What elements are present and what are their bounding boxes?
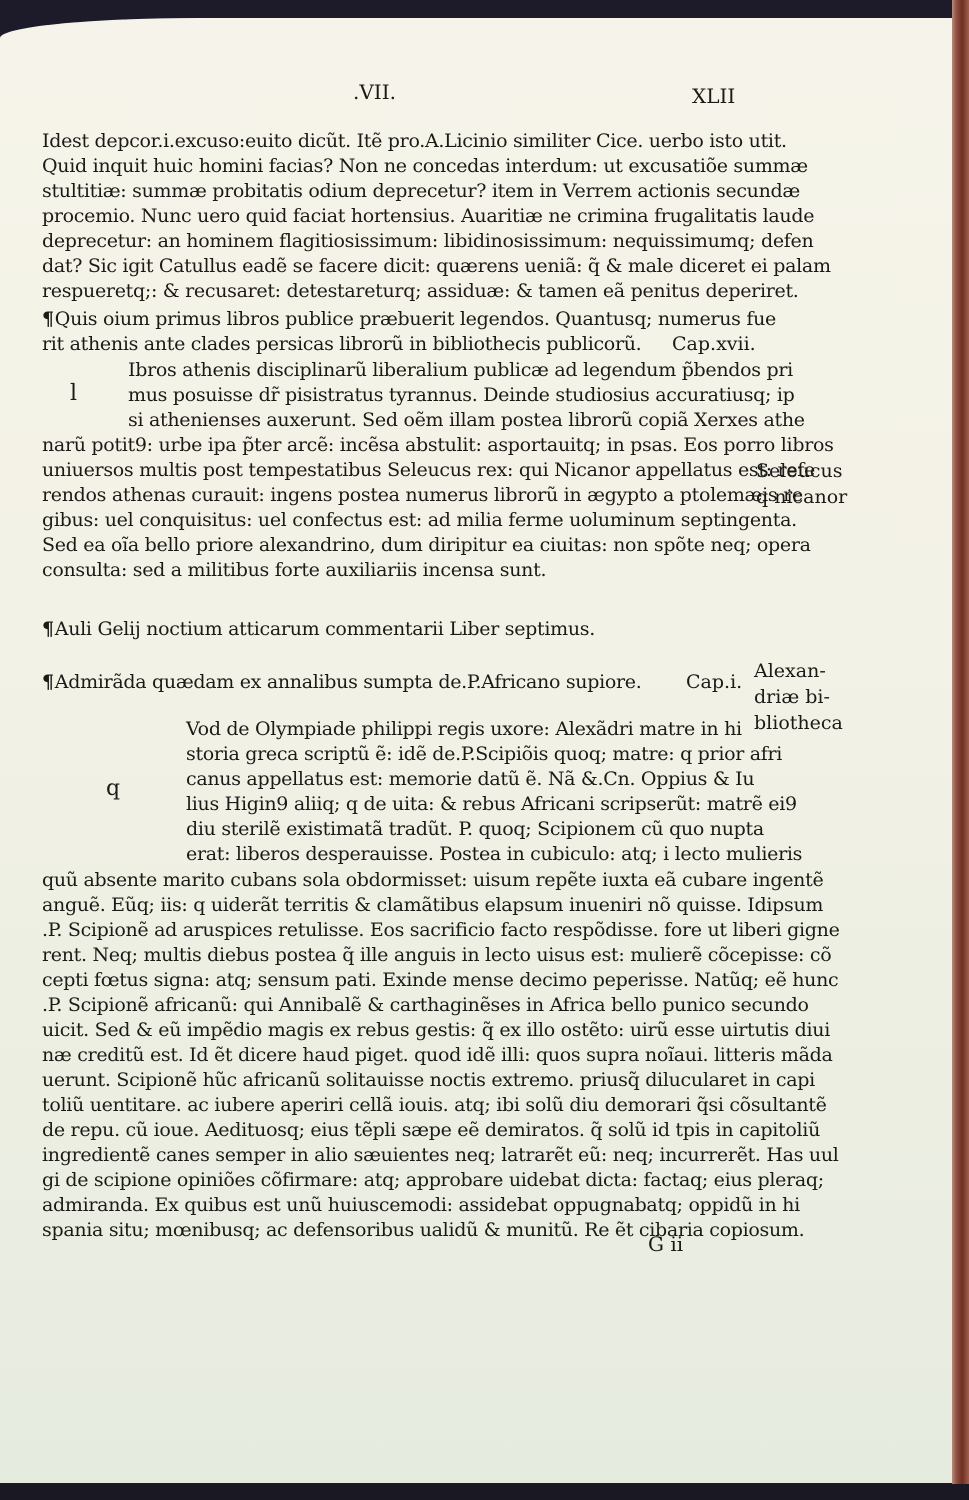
text-line: uniuersos multis post tempestatibus Sele… [42,459,815,481]
text-line: uicit. Sed & eũ impẽdio magis ex rebus g… [42,1019,830,1041]
text-line: consulta: sed a militibus forte auxiliar… [42,559,546,581]
text-line: gi de scipione opiniões cõfirmare: atq; … [42,1169,824,1191]
text-line: storia greca scriptũ ẽ: idẽ de.P.Scipiõi… [186,743,782,765]
chapter-heading-line: ¶Admirãda quædam ex annalibus sumpta de.… [42,671,641,693]
text-line: Vod de Olympiade philippi regis uxore: A… [186,718,742,740]
marginal-note-alexandria: Alexan- driæ bi- bliotheca [754,658,843,736]
text-line: Quid inquit huic homini facias? Non ne c… [42,155,808,177]
marginal-note-seleucus: Seleucus q nicanor [756,458,847,510]
text-line: canus appellatus est: memorie datũ ẽ. Nã… [186,768,754,790]
text-line: dat? Sic igit Catullus eadẽ se facere di… [42,255,831,277]
text-line: gibus: uel conquisitus: uel confectus es… [42,509,797,531]
text-line: rent. Neq; multis diebus postea q̃ ille … [42,944,831,966]
text-line: lius Higin9 aliiq; q de uita: & rebus Af… [186,793,797,815]
text-line: erat: liberos desperauisse. Postea in cu… [186,843,802,865]
chapter-label: Cap.i. [686,671,742,693]
text-line: ingredientẽ canes semper in alio sæuient… [42,1144,839,1166]
text-line: rendos athenas curauit: ingens postea nu… [42,484,803,506]
text-line: Ibros athenis disciplinarũ liberalium pu… [128,359,793,381]
text-line: Sed ea oĩa bello priore alexandrino, dum… [42,534,811,556]
book-page: .VII. XLII Idest depcor.i.excuso:euito d… [0,18,952,1483]
folio-number: XLII [692,84,735,108]
signature-mark: G ii [648,1232,683,1256]
text-line: si athenienses auxerunt. Sed oẽm illam p… [128,409,805,431]
text-line: procemio. Nunc uero quid faciat hortensi… [42,205,814,227]
background-band [0,1484,969,1500]
text-line: spania situ; mœnibusq; ac defensoribus u… [42,1219,804,1241]
text-line: anguẽ. Eũq; iis: q uiderãt territis & cl… [42,894,823,916]
text-line: .P. Scipionẽ africanũ: qui Annibalẽ & ca… [42,994,809,1016]
initial-guide-letter: q [106,776,120,801]
page-edge-binding [952,0,969,1500]
book-title: ¶Auli Gelij noctium atticarum commentari… [42,618,595,640]
text-line: .P. Scipionẽ ad aruspices retulisse. Eos… [42,919,840,941]
initial-guide-letter: l [70,381,77,406]
chapter-heading-line: ¶Quis oium primus libros publice præbuer… [42,308,776,330]
pilcrow-icon: ¶ [42,671,54,693]
chapter-label: Cap.xvii. [672,333,756,355]
running-head-book-number: .VII. [353,80,396,104]
pilcrow-icon: ¶ [42,308,54,330]
text-line: cepti fœtus signa: atq; sensum pati. Exi… [42,969,838,991]
text-line: Idest depcor.i.excuso:euito dicũt. Itẽ p… [42,130,787,152]
text-line: diu sterilẽ existimatã tradũt. P. quoq; … [186,818,764,840]
pilcrow-icon: ¶ [42,618,54,640]
text-line: deprecetur: an hominem flagitiosissimum:… [42,230,813,252]
text-line: narũ potit9: urbe ipa p̃ter arcẽ: incẽsa… [42,434,834,456]
text-line: respueretq;: & recusaret: detestareturq;… [42,280,799,302]
text-line: stultitiæ: summæ probitatis odium deprec… [42,180,800,202]
text-line: de repu. cũ ioue. Aedituosq; eius tẽpli … [42,1119,820,1141]
chapter-heading-line: rit athenis ante clades persicas librorũ… [42,333,641,355]
text-line: mus posuisse dr̃ pisistratus tyrannus. D… [128,384,795,406]
text-line: næ creditũ est. Id ẽt dicere haud piget.… [42,1044,833,1066]
text-line: quũ absente marito cubans sola obdormiss… [42,869,823,891]
text-line: admiranda. Ex quibus est unũ huiuscemodi… [42,1194,800,1216]
text-line: uerunt. Scipionẽ hũc africanũ solitauiss… [42,1069,815,1091]
text-line: toliũ uentitare. ac iubere aperiri cellã… [42,1094,827,1116]
